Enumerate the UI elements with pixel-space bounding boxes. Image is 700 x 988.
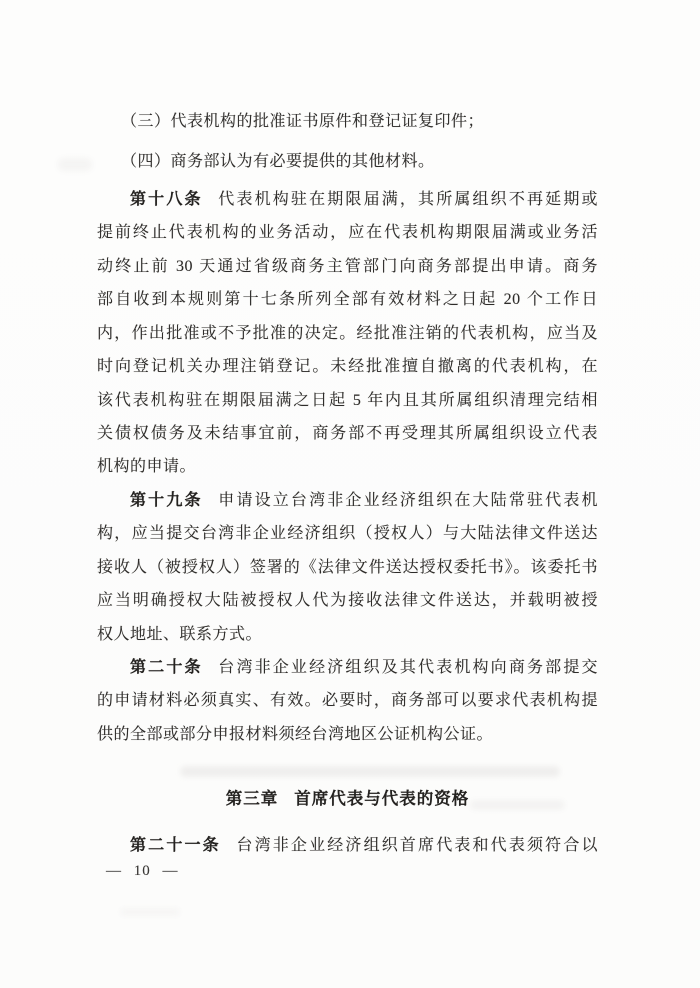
- text-line: 权人地址、联系方式。: [97, 618, 598, 651]
- text-line: 的申请材料必须真实、有效。必要时，商务部可以要求代表机构提: [97, 684, 598, 717]
- line-text: 时向登记机关办理注销登记。未经批准擅自撤离的代表机构，在: [97, 358, 598, 375]
- line-text: 动终止前 30 天通过省级商务主管部门向商务部提出申请。商务: [97, 258, 598, 275]
- text-line: 接收人（被授权人）签署的《法律文件送达授权委托书》。该委托书: [97, 551, 598, 584]
- page-number: — 10 —: [106, 859, 179, 883]
- text-line: 第二十条台湾非企业经济组织及其代表机构向商务部提交: [97, 651, 598, 684]
- line-text: 首席代表与代表的资格: [294, 790, 469, 808]
- text-line: 内，作出批准或不予批准的决定。经批准注销的代表机构，应当及: [97, 317, 598, 350]
- text-line: 部自收到本规则第十七条所列全部有效材料之日起 20 个工作日: [97, 283, 598, 316]
- text-line: 关债权债务及未结事宜前，商务部不再受理其所属组织设立代表: [97, 417, 598, 450]
- text-line: 应当明确授权大陆被授权人代为接收法律文件送达，并载明被授: [97, 584, 598, 617]
- line-text: 构，应当提交台湾非企业经济组织（授权人）与大陆法律文件送达: [97, 525, 598, 542]
- line-text: （四）商务部认为有必要提供的其他材料。: [121, 153, 435, 170]
- text-line: 第十九条申请设立台湾非企业经济组织在大陆常驻代表机: [97, 484, 598, 517]
- text-line: 动终止前 30 天通过省级商务主管部门向商务部提出申请。商务: [97, 250, 598, 283]
- text-line: 机构的申请。: [97, 450, 598, 483]
- line-text: 台湾非企业经济组织首席代表和代表须符合以: [235, 837, 598, 854]
- line-text: （三）代表机构的批准证书原件和登记证复印件；: [121, 113, 484, 130]
- line-text: 权人地址、联系方式。: [97, 626, 262, 643]
- line-text: 提前终止代表机构的业务活动，应在代表机构期限届满或业务活: [97, 224, 598, 241]
- line-text: 部自收到本规则第十七条所列全部有效材料之日起 20 个工作日: [97, 291, 598, 308]
- line-text: 台湾非企业经济组织及其代表机构向商务部提交: [217, 659, 598, 676]
- article-number: 第二十一条: [130, 837, 221, 854]
- line-text: 关债权债务及未结事宜前，商务部不再受理其所属组织设立代表: [97, 425, 598, 442]
- line-text: 的申请材料必须真实、有效。必要时，商务部可以要求代表机构提: [97, 692, 598, 709]
- line-text: 该代表机构驻在期限届满之日起 5 年内且其所属组织清理完结相: [97, 392, 598, 409]
- text-column: （三）代表机构的批准证书原件和登记证复印件；（四）商务部认为有必要提供的其他材料…: [97, 105, 598, 862]
- text-line: 提前终止代表机构的业务活动，应在代表机构期限届满或业务活: [97, 216, 598, 249]
- text-line: 供的全部或部分申报材料须经台湾地区公证机构公证。: [97, 718, 598, 751]
- article-number: 第十九条: [130, 492, 203, 509]
- article-number: 第二十条: [130, 659, 203, 676]
- text-line: （四）商务部认为有必要提供的其他材料。: [97, 145, 598, 178]
- line-text: 接收人（被授权人）签署的《法律文件送达授权委托书》。该委托书: [97, 559, 598, 576]
- text-line: 第十八条代表机构驻在期限届满，其所属组织不再延期或: [97, 183, 598, 216]
- line-text: 代表机构驻在期限届满，其所属组织不再延期或: [217, 191, 598, 208]
- article-number: 第十八条: [130, 191, 203, 208]
- line-text: 机构的申请。: [97, 458, 196, 475]
- line-text: 供的全部或部分申报材料须经台湾地区公证机构公证。: [97, 726, 493, 743]
- text-line: （三）代表机构的批准证书原件和登记证复印件；: [97, 105, 598, 138]
- line-text: 申请设立台湾非企业经济组织在大陆常驻代表机: [217, 492, 598, 509]
- text-line: 构，应当提交台湾非企业经济组织（授权人）与大陆法律文件送达: [97, 517, 598, 550]
- scan-smudge: [58, 158, 92, 171]
- text-line: 时向登记机关办理注销登记。未经批准擅自撤离的代表机构，在: [97, 350, 598, 383]
- text-line: 该代表机构驻在期限届满之日起 5 年内且其所属组织清理完结相: [97, 384, 598, 417]
- document-page: （三）代表机构的批准证书原件和登记证复印件；（四）商务部认为有必要提供的其他材料…: [0, 0, 700, 988]
- text-line: 第二十一条台湾非企业经济组织首席代表和代表须符合以: [97, 829, 598, 862]
- chapter-heading: 第三章首席代表与代表的资格: [97, 783, 598, 816]
- chapter-number: 第三章: [226, 790, 279, 808]
- line-text: 应当明确授权大陆被授权人代为接收法律文件送达，并载明被授: [97, 592, 598, 609]
- scan-smudge: [120, 908, 180, 916]
- line-text: 内，作出批准或不予批准的决定。经批准注销的代表机构，应当及: [97, 325, 598, 342]
